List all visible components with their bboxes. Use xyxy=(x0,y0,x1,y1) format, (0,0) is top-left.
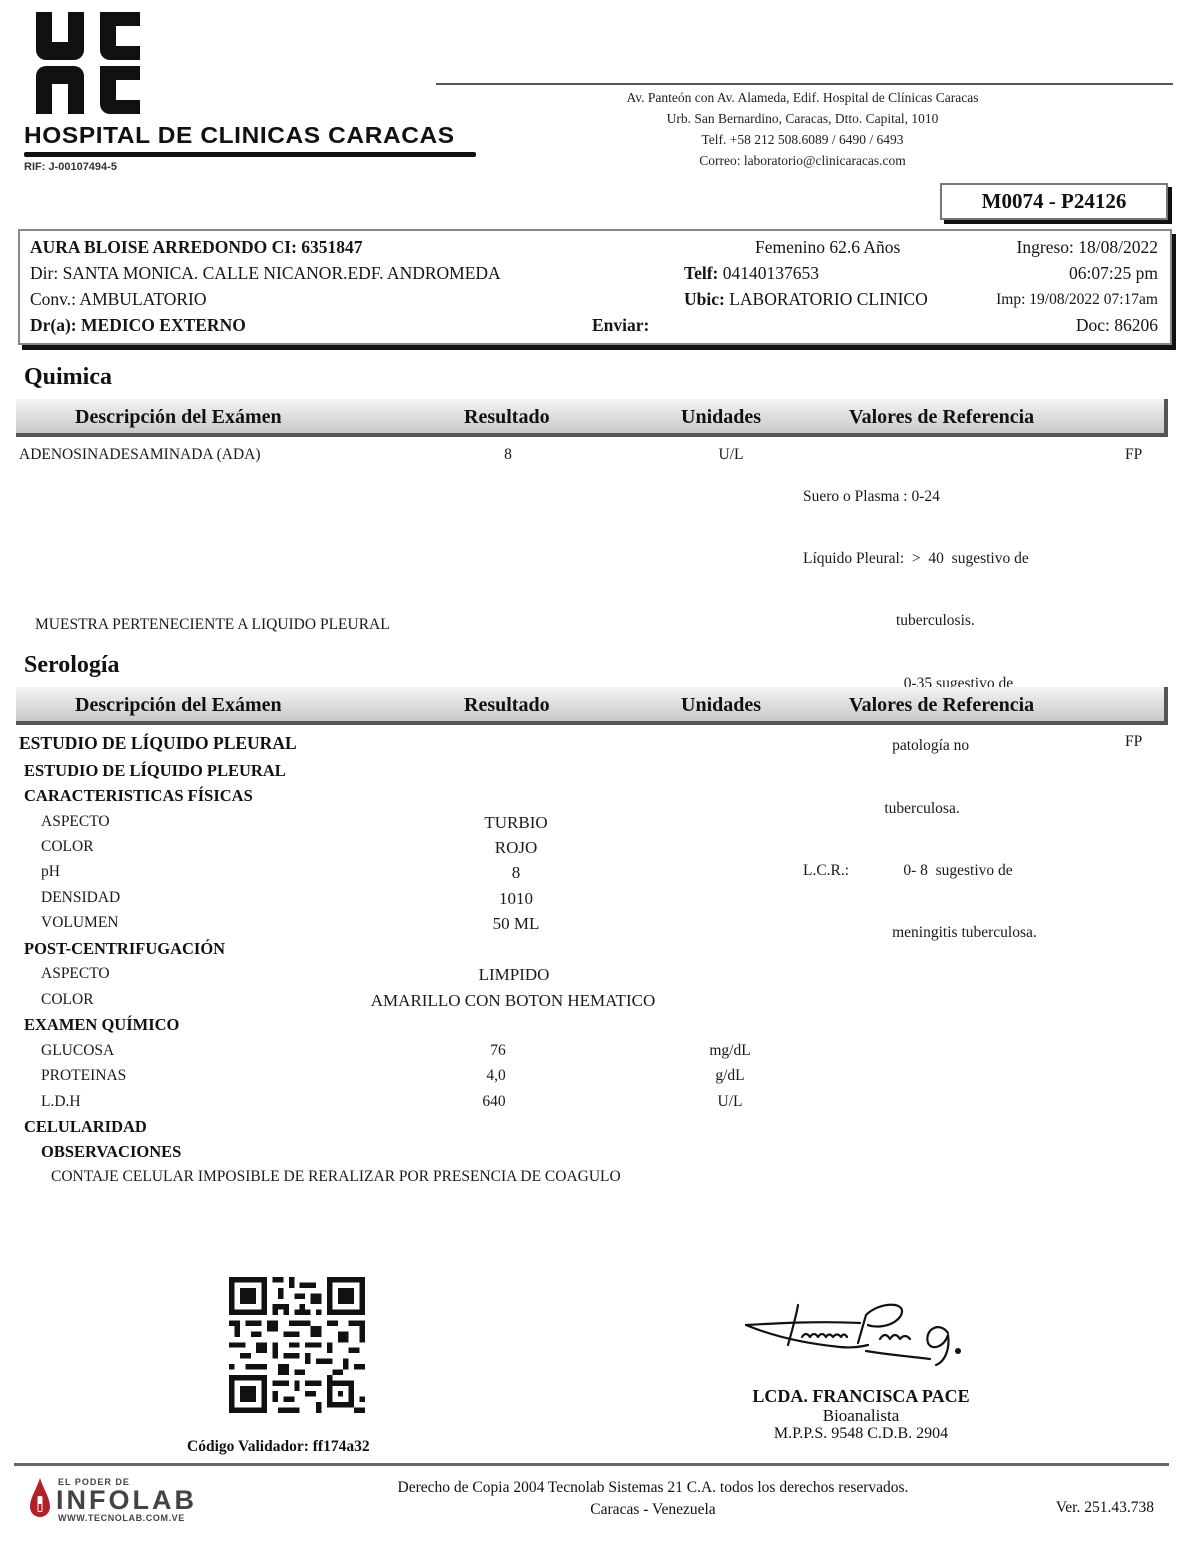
col-referencia: Valores de Referencia xyxy=(849,406,1034,429)
signer-name: LCDA. FRANCISCA PACE xyxy=(752,1385,969,1407)
row-label: ASPECTO xyxy=(41,965,110,983)
patient-location: Ubic: LABORATORIO CLINICO xyxy=(684,289,928,310)
document-number: Doc: 86206 xyxy=(1076,315,1158,336)
patient-info-box: AURA BLOISE ARREDONDO CI: 6351847 Dir: S… xyxy=(18,229,1172,345)
email-line: Correo: laboratorio@clinicaracas.com xyxy=(500,150,1105,171)
table-header-serologia: Descripción del Exámen Resultado Unidade… xyxy=(16,687,1168,725)
qr-code-icon xyxy=(229,1277,365,1413)
test-units: U/L xyxy=(719,446,744,464)
row-result: 4,0 xyxy=(486,1067,505,1085)
enviar-label: Enviar: xyxy=(592,315,649,336)
row-units: U/L xyxy=(718,1093,743,1111)
row-result: 50 ML xyxy=(493,914,540,934)
hospital-name: HOSPITAL DE CLINICAS CARACAS xyxy=(24,122,455,149)
rif-number: RIF: J-00107494-5 xyxy=(24,161,117,173)
row-units: mg/dL xyxy=(709,1042,750,1060)
svg-text:INFOLAB: INFOLAB xyxy=(56,1485,197,1515)
row-result: 640 xyxy=(482,1093,505,1111)
col-descripcion: Descripción del Exámen xyxy=(75,406,282,429)
copyright-location: Caracas - Venezuela xyxy=(398,1499,909,1521)
patient-doctor: Dr(a): MEDICO EXTERNO xyxy=(30,315,246,336)
row-label: ASPECTO xyxy=(41,813,110,831)
location-value: LABORATORIO CLINICO xyxy=(729,289,928,309)
group-title: POST-CENTRIFUGACIÓN xyxy=(24,939,225,959)
row-result: LIMPIDO xyxy=(479,965,550,985)
patient-address: Dir: SANTA MONICA. CALLE NICANOR.EDF. AN… xyxy=(30,263,501,284)
observaciones-label: OBSERVACIONES xyxy=(41,1142,181,1162)
patient-convenio: Conv.: AMBULATORIO xyxy=(30,289,206,310)
celularidad-title: CELULARIDAD xyxy=(24,1117,147,1137)
address-line: Urb. San Bernardino, Caracas, Dtto. Capi… xyxy=(500,108,1105,129)
admission-date: Ingreso: 18/08/2022 xyxy=(1017,237,1158,258)
hcc-logo-icon xyxy=(34,12,142,114)
sample-note: MUESTRA PERTENECIENTE A LIQUIDO PLEURAL xyxy=(35,616,390,634)
hospital-address: Av. Panteón con Av. Alameda, Edif. Hospi… xyxy=(500,87,1105,171)
software-version: Ver. 251.43.738 xyxy=(1056,1499,1154,1517)
col-unidades: Unidades xyxy=(681,694,761,717)
row-label: L.D.H xyxy=(41,1093,81,1111)
row-result: AMARILLO CON BOTON HEMATICO xyxy=(371,991,655,1011)
copyright-line: Derecho de Copia 2004 Tecnolab Sistemas … xyxy=(398,1477,909,1499)
signer-registry: M.P.P.S. 9548 C.D.B. 2904 xyxy=(752,1425,969,1442)
row-result: ROJO xyxy=(495,838,538,858)
location-label: Ubic: xyxy=(684,289,725,309)
row-label: pH xyxy=(41,863,60,881)
row-label: GLUCOSA xyxy=(41,1042,114,1060)
observaciones-text: CONTAJE CELULAR IMPOSIBLE DE RERALIZAR P… xyxy=(51,1168,621,1186)
validation-code: Código Validador: ff174a32 xyxy=(187,1438,370,1456)
row-label: DENSIDAD xyxy=(41,889,120,907)
group-title: EXAMEN QUÍMICO xyxy=(24,1015,179,1035)
hospital-name-underline xyxy=(24,152,476,157)
phone-label: Telf: xyxy=(684,263,718,283)
col-unidades: Unidades xyxy=(681,406,761,429)
signer-block: LCDA. FRANCISCA PACE Bioanalista M.P.P.S… xyxy=(752,1385,969,1442)
col-referencia: Valores de Referencia xyxy=(849,694,1034,717)
study-subtitle: ESTUDIO DE LÍQUIDO PLEURAL xyxy=(24,761,286,781)
phone-line: Telf. +58 212 508.6089 / 6490 / 6493 xyxy=(500,129,1105,150)
header-divider xyxy=(436,83,1173,85)
row-label: VOLUMEN xyxy=(41,914,119,932)
patient-name-ci: AURA BLOISE ARREDONDO CI: 6351847 xyxy=(30,237,363,258)
row-result: 76 xyxy=(490,1042,506,1060)
patient-sex-age: Femenino 62.6 Años xyxy=(755,237,900,258)
footer-divider xyxy=(14,1463,1169,1466)
study-title: ESTUDIO DE LÍQUIDO PLEURAL xyxy=(19,733,297,754)
svg-text:WWW.TECNOLAB.COM.VE: WWW.TECNOLAB.COM.VE xyxy=(58,1513,185,1523)
col-descripcion: Descripción del Exámen xyxy=(75,694,282,717)
signature-icon xyxy=(740,1295,970,1375)
row-result: 8 xyxy=(512,863,521,883)
section-title-serologia: Serología xyxy=(24,652,120,679)
test-flag: FP xyxy=(1125,446,1142,464)
study-flag: FP xyxy=(1125,733,1142,751)
col-resultado: Resultado xyxy=(464,694,550,717)
row-label: PROTEINAS xyxy=(41,1067,126,1085)
group-title: CARACTERISTICAS FÍSICAS xyxy=(24,786,253,806)
test-result: 8 xyxy=(504,446,512,464)
section-title-quimica: Quimica xyxy=(24,364,112,391)
col-resultado: Resultado xyxy=(464,406,550,429)
row-units: g/dL xyxy=(715,1067,744,1085)
row-label: COLOR xyxy=(41,838,94,856)
phone-value: 04140137653 xyxy=(723,263,819,283)
copyright-notice: Derecho de Copia 2004 Tecnolab Sistemas … xyxy=(398,1477,909,1521)
row-label: COLOR xyxy=(41,991,94,1009)
row-result: 1010 xyxy=(499,889,533,909)
address-line: Av. Panteón con Av. Alameda, Edif. Hospi… xyxy=(500,87,1105,108)
row-result: TURBIO xyxy=(484,813,547,833)
patient-phone: Telf: 04140137653 xyxy=(684,263,819,284)
test-name: ADENOSINADESAMINADA (ADA) xyxy=(19,446,261,464)
order-code: M0074 - P24126 xyxy=(940,183,1168,220)
infolab-logo-icon: EL PODER DE INFOLAB WWW.TECNOLAB.COM.VE xyxy=(28,1474,258,1524)
print-date: Imp: 19/08/2022 07:17am xyxy=(996,291,1158,309)
table-header-quimica: Descripción del Exámen Resultado Unidade… xyxy=(16,399,1168,437)
admission-time: 06:07:25 pm xyxy=(1069,263,1158,284)
signer-role: Bioanalista xyxy=(752,1407,969,1425)
